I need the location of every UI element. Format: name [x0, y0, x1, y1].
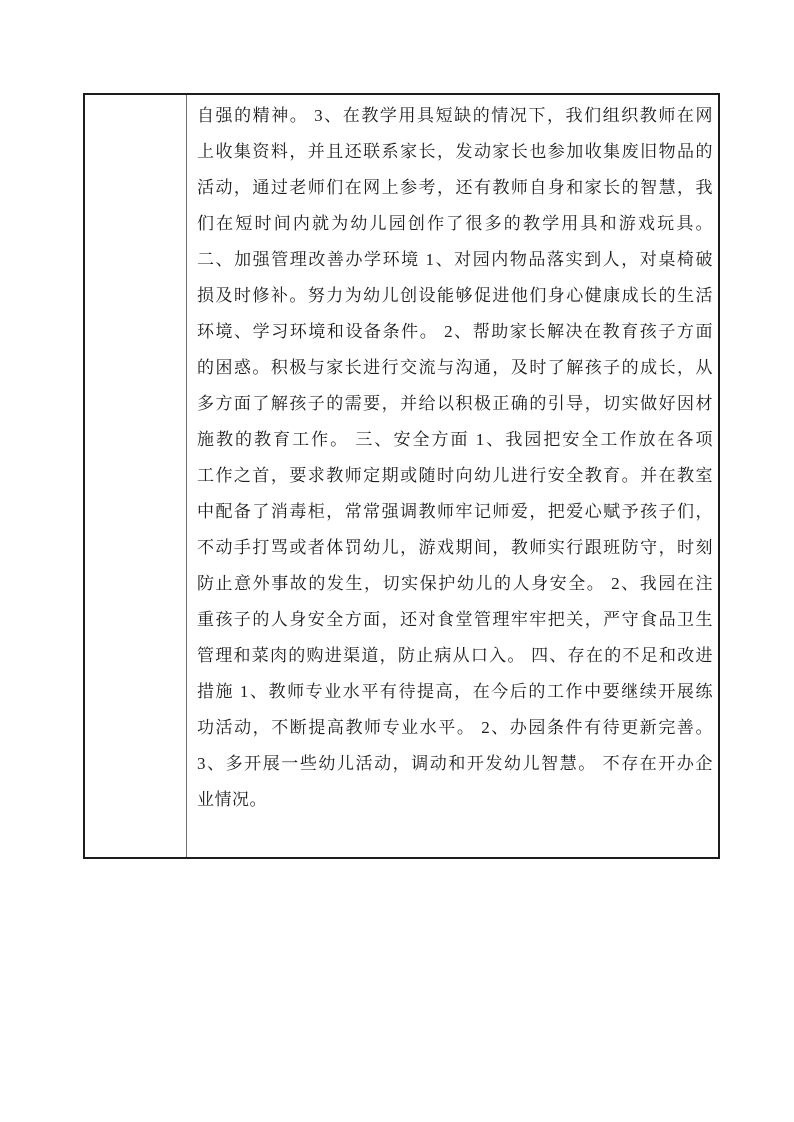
text-line: 中配备了消毒柜，常常强调教师牢记师爱，把爱心赋予孩子们，: [197, 494, 713, 530]
text-line: 不动手打骂或者体罚幼儿，游戏期间，教师实行跟班防守，时刻: [197, 530, 713, 566]
text-line: 功活动，不断提高教师专业水平。 2、办园条件有待更新完善。: [197, 710, 713, 746]
text-line: 3、多开展一些幼儿活动，调动和开发幼儿智慧。 不存在开办企: [197, 746, 713, 782]
report-table: 自强的精神。 3、在教学用具短缺的情况下，我们组织教师在网上收集资料，并且还联系…: [83, 93, 720, 859]
text-line: 措施 1、教师专业水平有待提高，在今后的工作中要继续开展练: [197, 674, 713, 710]
text-line: 管理和菜肉的购进渠道，防止病从口入。 四、存在的不足和改进: [197, 638, 713, 674]
text-line: 活动，通过老师们在网上参考，还有教师自身和家长的智慧，我: [197, 170, 713, 206]
text-line: 损及时修补。努力为幼儿创设能够促进他们身心健康成长的生活: [197, 278, 713, 314]
table-label-cell: [85, 95, 187, 857]
text-line: 二、加强管理改善办学环境 1、对园内物品落实到人，对桌椅破: [197, 242, 713, 278]
text-line: 多方面了解孩子的需要，并给以积极正确的引导，切实做好因材: [197, 386, 713, 422]
text-line: 防止意外事故的发生，切实保护幼儿的人身安全。 2、我园在注: [197, 566, 713, 602]
text-line: 施教的教育工作。 三、安全方面 1、我园把安全工作放在各项: [197, 422, 713, 458]
text-line: 业情况。: [197, 782, 713, 818]
text-line: 重孩子的人身安全方面，还对食堂管理牢牢把关，严守食品卫生: [197, 602, 713, 638]
text-line: 工作之首，要求教师定期或随时向幼儿进行安全教育。并在教室: [197, 458, 713, 494]
text-line: 们在短时间内就为幼儿园创作了很多的教学用具和游戏玩具。: [197, 206, 713, 242]
document-page: 自强的精神。 3、在教学用具短缺的情况下，我们组织教师在网上收集资料，并且还联系…: [0, 0, 794, 1122]
text-line: 环境、学习环境和设备条件。 2、帮助家长解决在教育孩子方面: [197, 314, 713, 350]
text-line: 的困惑。积极与家长进行交流与沟通，及时了解孩子的成长，从: [197, 350, 713, 386]
text-line: 上收集资料，并且还联系家长，发动家长也参加收集废旧物品的: [197, 134, 713, 170]
table-content-cell: 自强的精神。 3、在教学用具短缺的情况下，我们组织教师在网上收集资料，并且还联系…: [187, 95, 718, 857]
text-line: 自强的精神。 3、在教学用具短缺的情况下，我们组织教师在网: [197, 98, 713, 134]
